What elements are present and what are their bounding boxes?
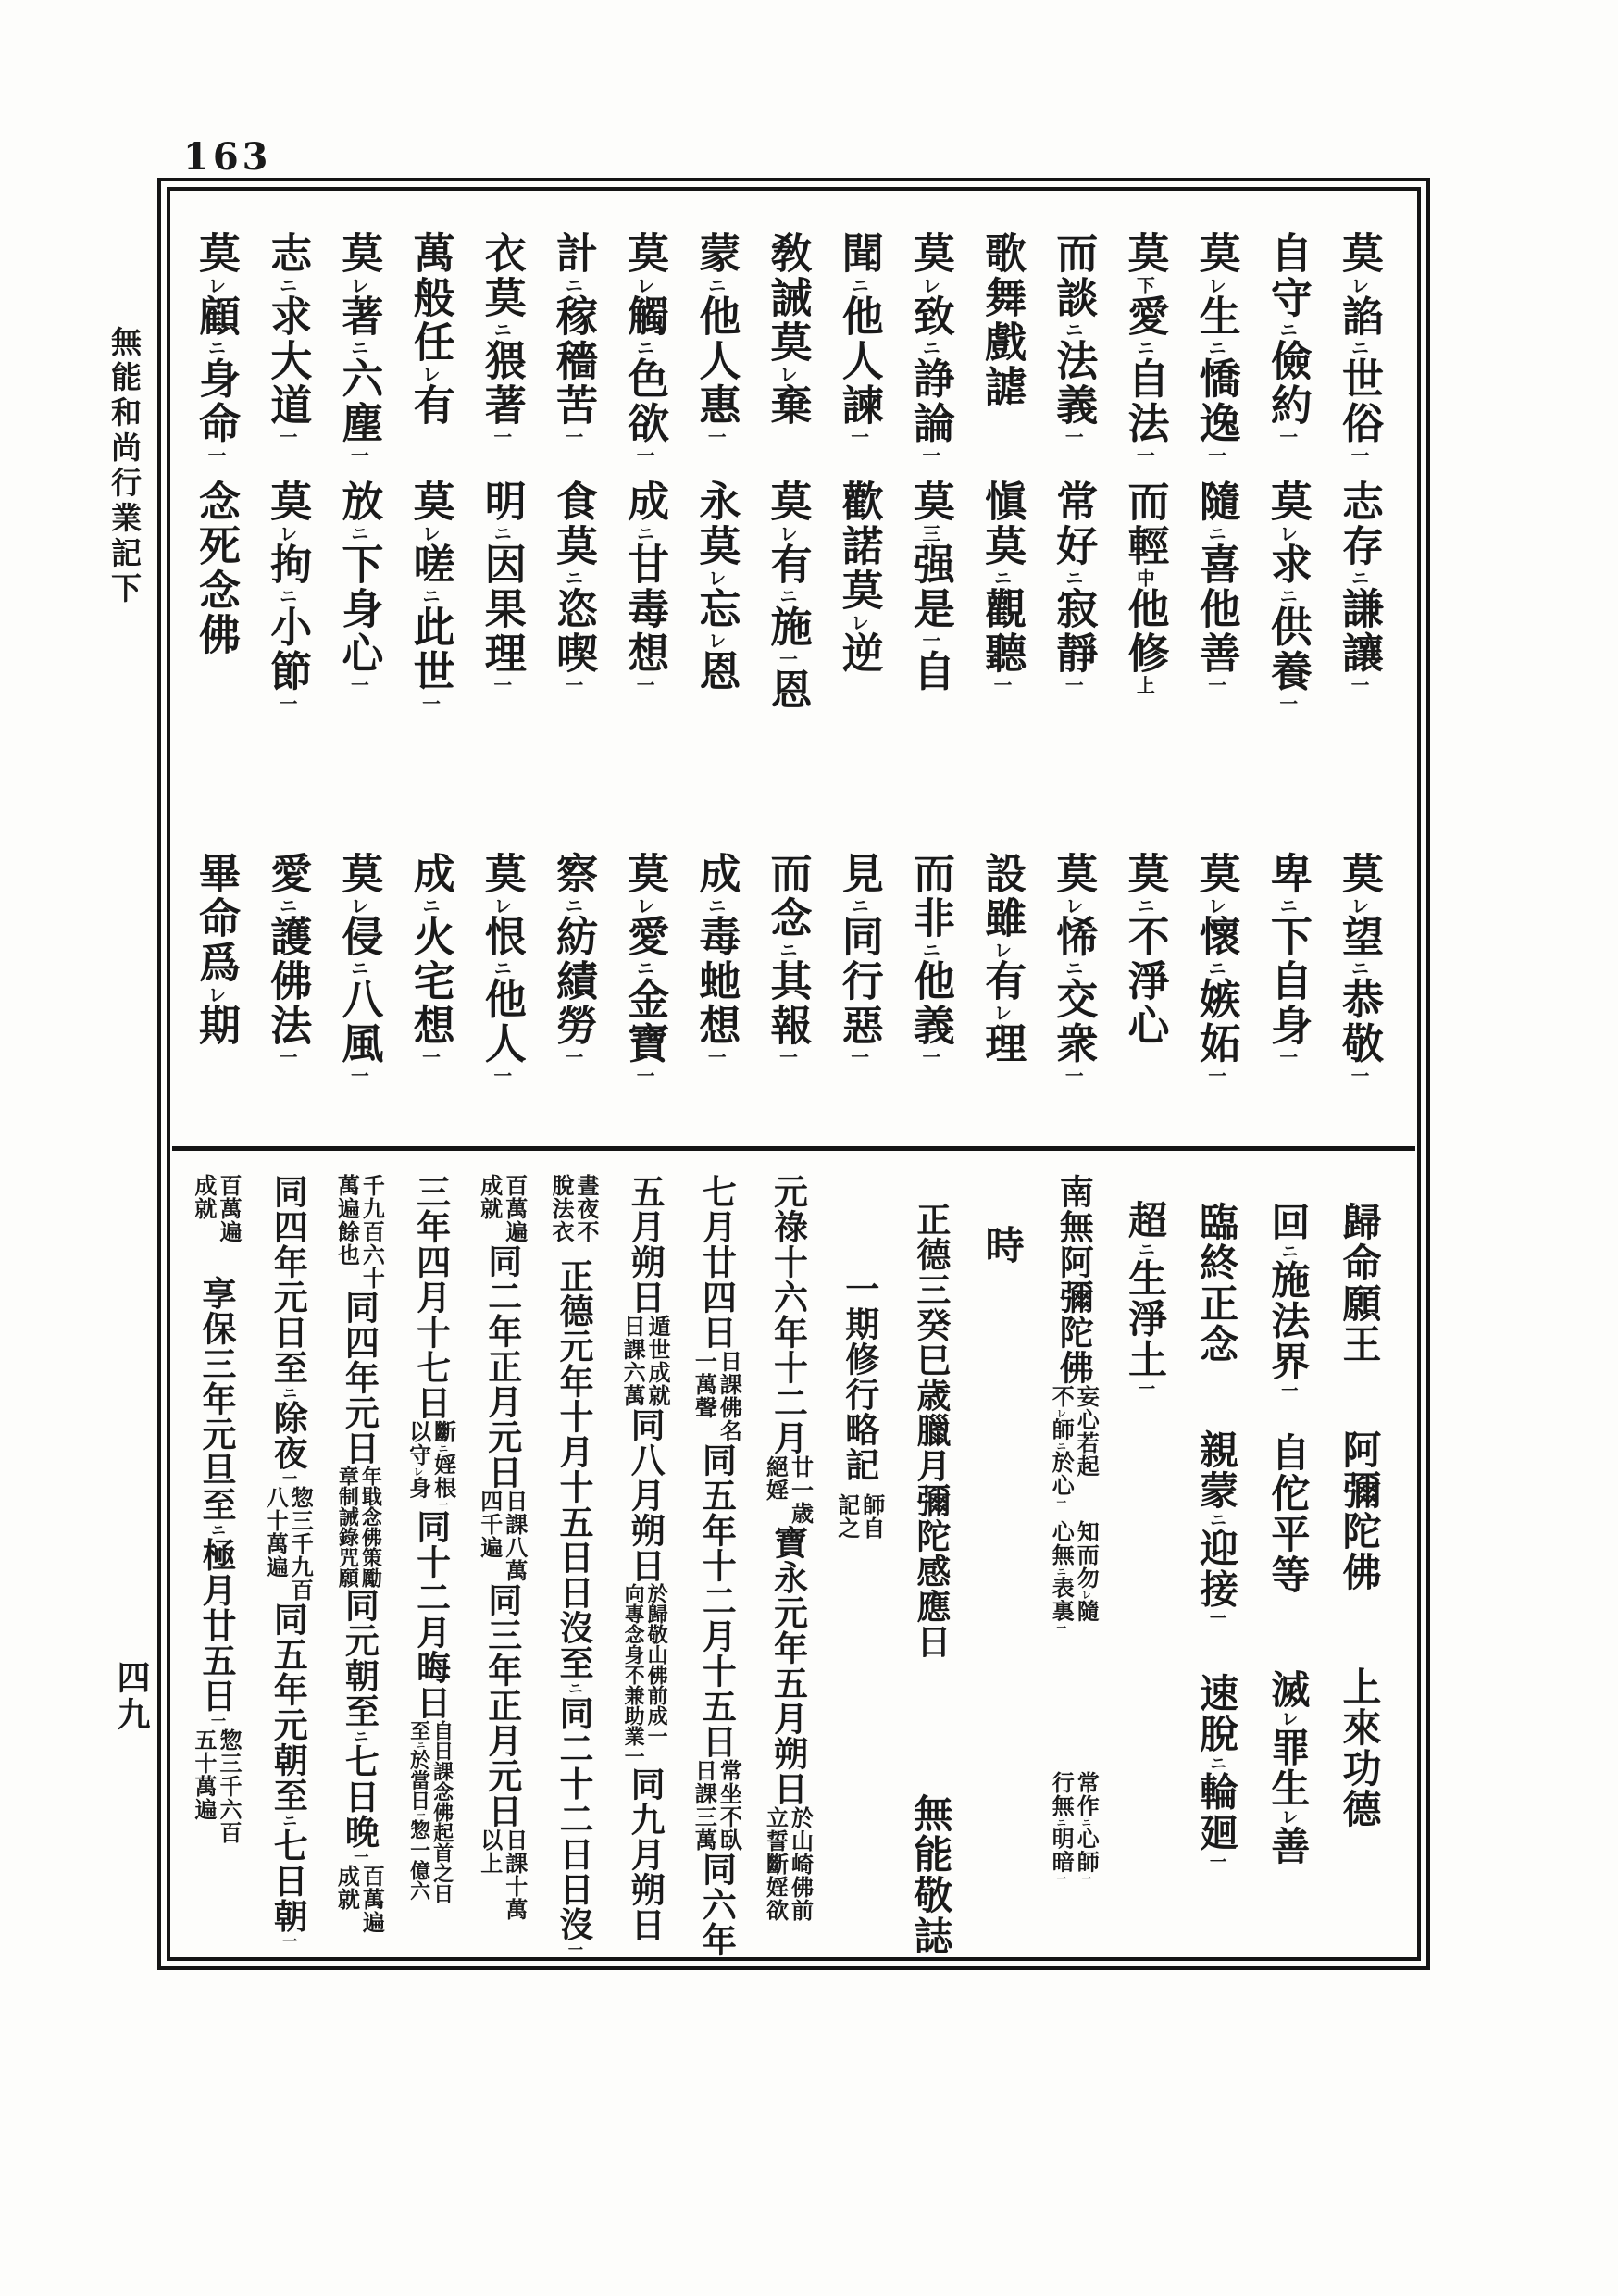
annotation-right: 惣三千六百 xyxy=(218,1728,240,1844)
chronicle-text: 超ニ生淨土一 xyxy=(1126,1200,1164,1397)
kaeriten-mark: 一 xyxy=(415,1811,425,1820)
annotation-left: 以上 xyxy=(479,1828,501,1921)
kaeriten-mark: 一 xyxy=(990,676,1013,694)
annotation-right: 常作ニ心師一 xyxy=(1075,1771,1097,1883)
precept-phrase: 計ニ稼穡苦一 xyxy=(553,231,594,480)
kaeriten-mark: 中 xyxy=(1133,568,1155,587)
kaeriten-mark: 一 xyxy=(919,1048,941,1067)
kaeriten-mark: 一 xyxy=(347,446,369,465)
spacer xyxy=(1038,1507,1109,1520)
kaeriten-mark: レ xyxy=(347,896,369,915)
chronicle-text: 速脫ニ輪廻一 xyxy=(1197,1673,1236,1870)
precepts-section: 莫レ諂ニ世俗一志存ニ謙讓一莫レ望ニ恭敬一自守ニ儉約一莫レ求ニ供養一卑ニ下自身一莫… xyxy=(180,231,1395,1144)
annotation-right: 日課佛名 xyxy=(717,1350,740,1442)
annotation-left: 絕婬 xyxy=(765,1455,787,1525)
inline-annotation: 日課佛名一萬聲 xyxy=(680,1350,752,1442)
annotation-left: 脫法衣 xyxy=(550,1174,572,1243)
precept-slot: 莫レ致ニ諍論一 xyxy=(895,231,966,480)
precept-slot: 歡諾莫レ逆 xyxy=(824,480,895,852)
annotation-right: 師自 xyxy=(861,1493,883,1540)
kaeriten-mark: ニ xyxy=(704,276,727,294)
precept-phrase: 而輕中他修上 xyxy=(1124,480,1165,852)
kaeriten-mark: 一 xyxy=(1136,1379,1155,1396)
chronicle-text: 享保三年元旦至ニ極月廿五日一 xyxy=(199,1276,233,1728)
kaeriten-mark: ニ xyxy=(347,959,369,978)
precept-phrase: 自守ニ儉約一 xyxy=(1267,231,1309,480)
kaeriten-mark: ニ xyxy=(208,1522,226,1537)
precept-slot: 莫レ懷ニ嫉妬一 xyxy=(1181,852,1252,1144)
kaeriten-mark: 一 xyxy=(205,446,227,465)
spacer xyxy=(180,1243,252,1276)
precept-slot: 莫レ觸ニ色欲一 xyxy=(609,231,680,480)
chronicle-text: 同三年正月元日 xyxy=(485,1582,519,1828)
precept-phrase: 食莫ニ恣喫一 xyxy=(553,480,594,852)
precept-slot: 設雖レ有レ理 xyxy=(966,852,1038,1144)
kaeriten-mark: ニ xyxy=(1080,1817,1091,1828)
inline-annotation: 知而勿レ隨心無ニ表裏一 xyxy=(1038,1520,1109,1632)
kaeriten-mark: レ xyxy=(419,365,442,383)
kaeriten-mark: 一 xyxy=(566,1941,583,1956)
kaeriten-mark: ニ xyxy=(990,568,1013,587)
precept-slot: 莫レ拘ニ小節一 xyxy=(252,480,323,852)
kaeriten-mark: 一 xyxy=(419,1048,442,1067)
kaeriten-mark: レ xyxy=(347,276,369,294)
precept-column: 自守ニ儉約一莫レ求ニ供養一卑ニ下自身一 xyxy=(1252,231,1324,1144)
chronicle-text: 同五年十二月十五日 xyxy=(699,1442,733,1759)
precept-phrase: 歌舞戲謔 xyxy=(981,231,1023,480)
kaeriten-mark: 一 xyxy=(1062,676,1084,694)
kaeriten-mark: 一 xyxy=(1062,1067,1084,1085)
kaeriten-mark: ニ xyxy=(491,524,513,543)
precept-phrase: 念死念佛 xyxy=(195,480,237,852)
kaeriten-mark: ニ xyxy=(848,276,870,294)
chronicle-text: 上來功德 xyxy=(1340,1666,1379,1829)
inline-annotation: 千九百六十萬遍餘也 xyxy=(323,1174,394,1290)
annotation-left: 立誓斷婬欲 xyxy=(765,1806,787,1922)
annotation-right: 廿一歳 xyxy=(790,1455,812,1525)
precept-slot: 莫レ著ニ六塵一 xyxy=(323,231,394,480)
kaeriten-mark: ニ xyxy=(1136,1241,1155,1257)
kaeriten-mark: ニ xyxy=(1055,1441,1066,1452)
kaeriten-mark: レ xyxy=(633,896,655,915)
precept-slot: 而念ニ其報一 xyxy=(753,852,824,1144)
kaeriten-mark: レ xyxy=(919,276,941,294)
kaeriten-mark: ニ xyxy=(1055,1817,1066,1828)
precept-column: 志ニ求大道一莫レ拘ニ小節一愛ニ護佛法一 xyxy=(252,231,323,1144)
kaeriten-mark: ニ xyxy=(1276,896,1299,915)
kaeriten-mark: ニ xyxy=(415,1741,425,1750)
annotation-left: 成就 xyxy=(193,1174,215,1243)
precept-phrase: 愛ニ護佛法一 xyxy=(267,852,308,1144)
kaeriten-mark: レ xyxy=(1080,1590,1091,1600)
kaeriten-mark: 一 xyxy=(208,1713,226,1728)
kaeriten-mark: レ xyxy=(205,985,227,1004)
precept-slot: 莫レ恨ニ他人一 xyxy=(467,852,538,1144)
precept-phrase: 卑ニ下自身一 xyxy=(1267,852,1309,1144)
kaeriten-mark: レ xyxy=(777,365,799,383)
kaeriten-mark: ニ xyxy=(1207,1754,1226,1771)
chronicle-text: 寶永元年五月朔日 xyxy=(771,1525,805,1806)
annotation-right: 千九百六十 xyxy=(360,1174,382,1290)
precept-slot: 莫三强是一自 xyxy=(895,480,966,852)
kaeriten-mark: 一 xyxy=(919,631,941,650)
kaeriten-mark: 一 xyxy=(1207,1853,1226,1869)
inline-annotation: 妄心若起不レ師ニ於心一 xyxy=(1038,1385,1109,1507)
precept-phrase: 志存ニ謙讓一 xyxy=(1338,480,1380,852)
precept-phrase: 莫レ悕ニ交衆一 xyxy=(1052,852,1094,1144)
kaeriten-mark: 一 xyxy=(491,676,513,694)
inline-annotation: 年戢念佛策勵章制誡錄咒願 xyxy=(323,1466,394,1588)
chronicle-text: 一期修行略記 xyxy=(842,1271,877,1482)
precept-slot: 永莫レ忘レ恩 xyxy=(680,480,752,852)
kaeriten-mark: ニ xyxy=(704,896,727,915)
precept-phrase: 莫レ著ニ六塵一 xyxy=(338,231,380,480)
kaeriten-mark: ニ xyxy=(491,320,513,339)
kaeriten-mark: レ xyxy=(1062,896,1084,915)
chronicle-text: 同二年正月元日 xyxy=(485,1243,519,1490)
kaeriten-mark: 一 xyxy=(1205,446,1227,465)
kaeriten-mark: レ xyxy=(413,1466,424,1477)
scanned-page: 163 無能和尚行業記下 四九 莫レ諂ニ世俗一志存ニ謙讓一莫レ望ニ恭敬一自守ニ儉… xyxy=(0,0,1618,2296)
chronicle-text: 五月朔日 xyxy=(628,1174,662,1315)
precept-phrase: 莫レ觸ニ色欲一 xyxy=(624,231,666,480)
precept-slot: 愛ニ護佛法一 xyxy=(252,852,323,1144)
precept-phrase: 衣莫ニ猥著一 xyxy=(481,231,523,480)
precept-phrase: 莫レ恨ニ他人一 xyxy=(481,852,523,1144)
inline-annotation: 廿一歳絕婬 xyxy=(753,1455,824,1525)
precept-phrase: 志ニ求大道一 xyxy=(267,231,308,480)
precept-slot: 而非ニ他義一 xyxy=(895,852,966,1144)
kaeriten-mark: 一 xyxy=(491,1067,513,1085)
kaeriten-mark: レ xyxy=(777,524,799,543)
precept-phrase: 莫三强是一自 xyxy=(910,480,952,852)
annotation-left: 日課六萬 xyxy=(621,1315,643,1407)
spacer xyxy=(966,1174,1038,1225)
spacer xyxy=(1181,1174,1252,1202)
precept-column: 蒙ニ他人惠一永莫レ忘レ恩成ニ毒虵想一 xyxy=(680,231,752,1144)
precept-slot: 志存ニ謙讓一 xyxy=(1324,480,1395,852)
kaeriten-mark: ニ xyxy=(633,524,655,543)
precept-phrase: 莫下愛ニ自法一 xyxy=(1124,231,1165,480)
precept-phrase: 莫レ嗟ニ此世一 xyxy=(410,480,452,852)
spacer xyxy=(895,1174,966,1202)
kaeriten-mark: レ xyxy=(1205,896,1227,915)
kaeriten-mark: ニ xyxy=(276,896,298,915)
precept-column: 莫レ諂ニ世俗一志存ニ謙讓一莫レ望ニ恭敬一 xyxy=(1324,231,1395,1144)
precept-slot: 計ニ稼穡苦一 xyxy=(538,231,609,480)
annotation-left: 一萬聲 xyxy=(692,1350,715,1442)
annotation-right: 年戢念佛策勵 xyxy=(360,1466,380,1588)
precept-slot: 莫レ求ニ供養一 xyxy=(1252,480,1324,852)
precept-phrase: 畢命爲レ期 xyxy=(195,852,237,1144)
kaeriten-mark: 一 xyxy=(1348,676,1370,694)
annotation-right: 斷ニ婬根一 xyxy=(432,1420,454,1509)
precept-phrase: 莫レ懷ニ嫉妬一 xyxy=(1196,852,1238,1144)
kaeriten-mark: ニ xyxy=(1205,959,1227,978)
annotation-right: 日課八萬 xyxy=(504,1490,526,1582)
spacer xyxy=(1252,1399,1324,1432)
precept-phrase: 明ニ因果理一 xyxy=(481,480,523,852)
chronicle-text: 自佗平等 xyxy=(1268,1432,1307,1595)
precept-column: 莫レ著ニ六塵一放ニ下身心一莫レ侵ニ八風一 xyxy=(323,231,394,1144)
chronicle-column: 時 xyxy=(966,1174,1038,1961)
precept-phrase: 莫ニ不淨心 xyxy=(1124,852,1165,1144)
chronicle-text: 時 xyxy=(983,1225,1022,1266)
kaeriten-mark: 一 xyxy=(848,1048,870,1067)
kaeriten-mark: 一 xyxy=(562,676,584,694)
kaeriten-mark: ニ xyxy=(919,339,941,357)
precept-slot: 莫レ愛ニ金寶一 xyxy=(609,852,680,1144)
spacer xyxy=(824,1174,895,1271)
kaeriten-mark: ニ xyxy=(347,339,369,357)
precept-column: 敎誡莫レ棄莫レ有ニ施一恩而念ニ其報一 xyxy=(753,231,824,1144)
chronicle-column: 正德三癸巳歳臘月彌陀感應日無能敬誌 xyxy=(895,1174,966,1961)
precept-slot: 愼莫ニ觀聽一 xyxy=(966,480,1038,852)
spacer xyxy=(538,1243,609,1258)
kaeriten-mark: ニ xyxy=(438,1443,449,1454)
precept-phrase: 成ニ火宅想一 xyxy=(410,852,452,1144)
kaeriten-mark: ニ xyxy=(1205,339,1227,357)
kaeriten-mark: レ xyxy=(990,941,1013,959)
precept-phrase: 見ニ同行惡一 xyxy=(839,852,880,1144)
precept-column: 莫レ致ニ諍論一莫三强是一自而非ニ他義一 xyxy=(895,231,966,1144)
chronicle-column: 回ニ施法界一自佗平等滅レ罪生レ善 xyxy=(1252,1174,1324,1961)
kaeriten-mark: ニ xyxy=(848,896,870,915)
chronicle-text: 七月廿四日 xyxy=(699,1174,733,1350)
precept-phrase: 放ニ下身心一 xyxy=(338,480,380,852)
precept-column: 莫下愛ニ自法一而輕中他修上莫ニ不淨心 xyxy=(1109,231,1180,1144)
spacer xyxy=(1252,1595,1324,1669)
kaeriten-mark: ニ xyxy=(777,587,799,605)
kaeriten-mark: レ xyxy=(704,568,727,587)
annotation-right: 於歸敬山佛前成一 xyxy=(646,1583,666,1766)
precept-column: 莫レ觸ニ色欲一成ニ甘毒想一莫レ愛ニ金寶一 xyxy=(609,231,680,1144)
precept-slot: 莫レ望ニ恭敬一 xyxy=(1324,852,1395,1144)
kaeriten-mark: 一 xyxy=(1133,446,1155,465)
spacer xyxy=(1181,1627,1252,1673)
kaeriten-mark: 一 xyxy=(1080,1873,1091,1883)
precept-slot: 成ニ甘毒想一 xyxy=(609,480,680,852)
precept-slot: 卑ニ下自身一 xyxy=(1252,852,1324,1144)
kaeriten-mark: 一 xyxy=(280,1470,297,1485)
kaeriten-mark: ニ xyxy=(276,587,298,605)
precept-phrase: 萬般任レ有 xyxy=(410,231,452,480)
kaeriten-mark: ニ xyxy=(633,339,655,357)
kaeriten-mark: ニ xyxy=(280,1813,297,1828)
kaeriten-mark: 一 xyxy=(1276,428,1299,446)
kaeriten-mark: レ xyxy=(491,896,513,915)
kaeriten-mark: 一 xyxy=(419,694,442,713)
kaeriten-mark: レ xyxy=(848,613,870,631)
kaeriten-mark: ニ xyxy=(347,524,369,543)
kaeriten-mark: 一 xyxy=(704,428,727,446)
kaeriten-mark: ニ xyxy=(1278,1242,1298,1259)
precept-slot: 念死念佛 xyxy=(180,480,252,852)
kaeriten-mark: 一 xyxy=(633,676,655,694)
kaeriten-mark: ニ xyxy=(1348,959,1370,978)
precept-phrase: 察ニ紡績勞一 xyxy=(553,852,594,1144)
annotation-right: 百萬遍 xyxy=(504,1174,526,1243)
inline-annotation: 惣三千九百八十萬遍 xyxy=(252,1486,323,1602)
annotation-left: 不レ師ニ於心一 xyxy=(1050,1385,1072,1507)
kaeriten-mark: ニ xyxy=(491,959,513,978)
precept-slot: 放ニ下身心一 xyxy=(323,480,394,852)
inline-annotation: 斷ニ婬根一以守レ身 xyxy=(395,1420,467,1509)
chronicle-column: 歸命願王阿彌陀佛上來功德 xyxy=(1324,1174,1395,1961)
precept-phrase: 莫レ致ニ諍論一 xyxy=(910,231,952,480)
kaeriten-mark: 一 xyxy=(848,428,870,446)
chronicle-text: 三年四月十七日 xyxy=(414,1174,448,1420)
kaeriten-mark: ニ xyxy=(1133,339,1155,357)
kaeriten-mark: 一 xyxy=(276,428,298,446)
precept-slot: 莫レ有ニ施一恩 xyxy=(753,480,824,852)
annotation-left: 至ニ於當日一惣一億六 xyxy=(409,1720,429,1903)
kaeriten-mark: 一 xyxy=(491,428,513,446)
chronicle-text: 臨終正念 xyxy=(1197,1202,1236,1365)
chronicle-column: 七月廿四日日課佛名一萬聲同五年十二月十五日常坐不臥日課三萬同六年 xyxy=(680,1174,752,1961)
chronicle-column: 千九百六十萬遍餘也同四年元日年戢念佛策勵章制誡錄咒願同元朝至ニ七日晚一百萬遍成就 xyxy=(323,1174,394,1961)
kaeriten-mark: ニ xyxy=(919,941,941,959)
precept-column: 而談ニ法義一常好ニ寂靜一莫レ悕ニ交衆一 xyxy=(1038,231,1109,1144)
chronicle-column: 百萬遍成就同二年正月元日日課八萬四千遍同三年正月元日日課十萬以上 xyxy=(467,1174,538,1961)
kaeriten-mark: レ xyxy=(1055,1408,1066,1418)
kaeriten-mark: レ xyxy=(1205,276,1227,294)
kaeriten-mark: 一 xyxy=(347,676,369,694)
precept-slot: 莫レ顧ニ身命一 xyxy=(180,231,252,480)
inline-annotation: 常坐不臥日課三萬 xyxy=(680,1759,752,1852)
kaeriten-mark: ニ xyxy=(566,1680,583,1695)
precept-phrase: 成ニ甘毒想一 xyxy=(624,480,666,852)
inline-annotation: 於歸敬山佛前成一向專念身不兼助業一 xyxy=(609,1583,680,1766)
chronicle-column: 臨終正念親蒙ニ迎接一速脫ニ輪廻一 xyxy=(1181,1174,1252,1961)
precept-phrase: 莫レ生ニ憍逸一 xyxy=(1196,231,1238,480)
inline-annotation: 常作ニ心師一行無ニ明暗一 xyxy=(1038,1771,1109,1883)
precept-phrase: 愼莫ニ觀聽一 xyxy=(981,480,1023,852)
kaeriten-mark: 一 xyxy=(1055,1497,1066,1507)
kaeriten-mark: 一 xyxy=(280,1933,297,1948)
kaeriten-mark: 一 xyxy=(704,1048,727,1067)
chronicle-text: 同四年元日至ニ除夜一 xyxy=(270,1174,305,1486)
precept-phrase: 莫レ拘ニ小節一 xyxy=(267,480,308,852)
kaeriten-mark: 一 xyxy=(438,1500,449,1510)
annotation-left: 五十萬遍 xyxy=(193,1728,215,1844)
inline-annotation: 師自記之 xyxy=(824,1493,895,1540)
spacer xyxy=(1324,1174,1395,1202)
kaeriten-mark: 一 xyxy=(1276,1048,1299,1067)
margin-title: 無能和尚行業記下 xyxy=(109,326,140,607)
spacer xyxy=(1038,1632,1109,1771)
precept-slot: 而輕中他修上 xyxy=(1109,480,1180,852)
annotation-right: 常坐不臥 xyxy=(717,1759,740,1852)
precept-phrase: 設雖レ有レ理 xyxy=(981,852,1023,1144)
chronicle-text: 阿彌陀佛 xyxy=(1340,1429,1379,1592)
chronicle-column: 一期修行略記師自記之 xyxy=(824,1174,895,1961)
precept-slot: 志ニ求大道一 xyxy=(252,231,323,480)
precept-slot: 成ニ毒虵想一 xyxy=(680,852,752,1144)
kaeriten-mark: ニ xyxy=(1205,524,1227,543)
precept-slot: 而談ニ法義一 xyxy=(1038,231,1109,480)
kaeriten-mark: 一 xyxy=(1278,1381,1298,1398)
precept-slot: 莫下愛ニ自法一 xyxy=(1109,231,1180,480)
annotation-left: 日課三萬 xyxy=(692,1759,715,1852)
chronicle-text: 同五年元朝至ニ七日朝一 xyxy=(270,1602,305,1949)
kaeriten-mark: 一 xyxy=(1055,1622,1066,1632)
precept-slot: 隨ニ喜他善一 xyxy=(1181,480,1252,852)
kaeriten-mark: 一 xyxy=(351,1849,368,1864)
margin-folio: 四九 xyxy=(115,1660,148,1734)
chronicle-text: 歸命願王 xyxy=(1340,1202,1379,1365)
inline-annotation: 百萬遍成就 xyxy=(467,1174,538,1243)
precept-phrase: 而非ニ他義一 xyxy=(910,852,952,1144)
annotation-right: 知而勿レ隨 xyxy=(1075,1520,1097,1632)
kaeriten-mark: ニ xyxy=(1055,1566,1066,1577)
kaeriten-mark: 一 xyxy=(562,428,584,446)
precept-slot: 食莫ニ恣喫一 xyxy=(538,480,609,852)
kaeriten-mark: ニ xyxy=(1062,959,1084,978)
section-divider xyxy=(172,1146,1415,1151)
annotation-left: 成就 xyxy=(479,1174,501,1243)
precept-slot: 莫レ嗟ニ此世一 xyxy=(395,480,467,852)
kaeriten-mark: 一 xyxy=(347,1067,369,1085)
kaeriten-mark: ニ xyxy=(777,941,799,959)
precept-column: 莫レ生ニ憍逸一隨ニ喜他善一莫レ懷ニ嫉妬一 xyxy=(1181,231,1252,1144)
kaeriten-mark: 一 xyxy=(1205,1067,1227,1085)
chronicle-text: 親蒙ニ迎接一 xyxy=(1197,1429,1236,1627)
chronicle-text: 同九月朔日 xyxy=(628,1766,662,1942)
kaeriten-mark: 一 xyxy=(633,446,655,465)
precept-phrase: 永莫レ忘レ恩 xyxy=(695,480,737,852)
chronicle-text: 無能敬誌 xyxy=(911,1793,950,1956)
kaeriten-mark: ニ xyxy=(1276,320,1299,339)
kaeriten-mark: 上 xyxy=(1133,676,1155,694)
precept-column: 歌舞戲謔愼莫ニ觀聽一設雖レ有レ理 xyxy=(966,231,1038,1144)
annotation-left: 記之 xyxy=(836,1493,858,1540)
chronicle-text: 同四年元日 xyxy=(342,1290,376,1466)
annotation-right: 百萬遍 xyxy=(218,1174,240,1243)
kaeriten-mark: ニ xyxy=(562,896,584,915)
kaeriten-mark: 一 xyxy=(777,650,799,668)
precept-slot: 萬般任レ有 xyxy=(395,231,467,480)
precept-slot: 聞ニ他人諫一 xyxy=(824,231,895,480)
kaeriten-mark: レ xyxy=(990,1004,1013,1022)
annotation-right: 遁世成就 xyxy=(646,1315,668,1407)
kaeriten-mark: 三 xyxy=(919,524,941,543)
chronicle-column: 南無阿彌陀佛妄心若起不レ師ニ於心一知而勿レ隨心無ニ表裏一常作ニ心師一行無ニ明暗一 xyxy=(1038,1174,1109,1961)
kaeriten-mark: ニ xyxy=(1348,339,1370,357)
kaeriten-mark: 一 xyxy=(919,446,941,465)
annotation-left: 萬遍餘也 xyxy=(335,1174,357,1290)
annotation-left: 四千遍 xyxy=(479,1490,501,1582)
inline-annotation: 於山崎佛前立誓斷婬欲 xyxy=(753,1806,824,1922)
kaeriten-mark: レ xyxy=(276,524,298,543)
kaeriten-mark: レ xyxy=(1276,524,1299,543)
inline-annotation: 惣三千六百五十萬遍 xyxy=(180,1728,252,1844)
precept-column: 計ニ稼穡苦一食莫ニ恣喫一察ニ紡績勞一 xyxy=(538,231,609,1144)
precept-phrase: 莫レ求ニ供養一 xyxy=(1267,480,1309,852)
kaeriten-mark: ニ xyxy=(205,339,227,357)
precept-column: 萬般任レ有莫レ嗟ニ此世一成ニ火宅想一 xyxy=(395,231,467,1144)
chronicle-text: 同六年 xyxy=(699,1852,733,1957)
chronicle-text: 同八月朔日 xyxy=(628,1407,662,1583)
spacer xyxy=(824,1482,895,1493)
kaeriten-mark: ニ xyxy=(1276,587,1299,605)
precept-slot: 察ニ紡績勞一 xyxy=(538,852,609,1144)
precept-slot: 敎誡莫レ棄 xyxy=(753,231,824,480)
kaeriten-mark: 一 xyxy=(276,694,298,713)
precept-column: 莫レ顧ニ身命一念死念佛畢命爲レ期 xyxy=(180,231,252,1144)
chronicle-text: 回ニ施法界一 xyxy=(1268,1202,1307,1399)
precept-slot: 莫レ悕ニ交衆一 xyxy=(1038,852,1109,1144)
